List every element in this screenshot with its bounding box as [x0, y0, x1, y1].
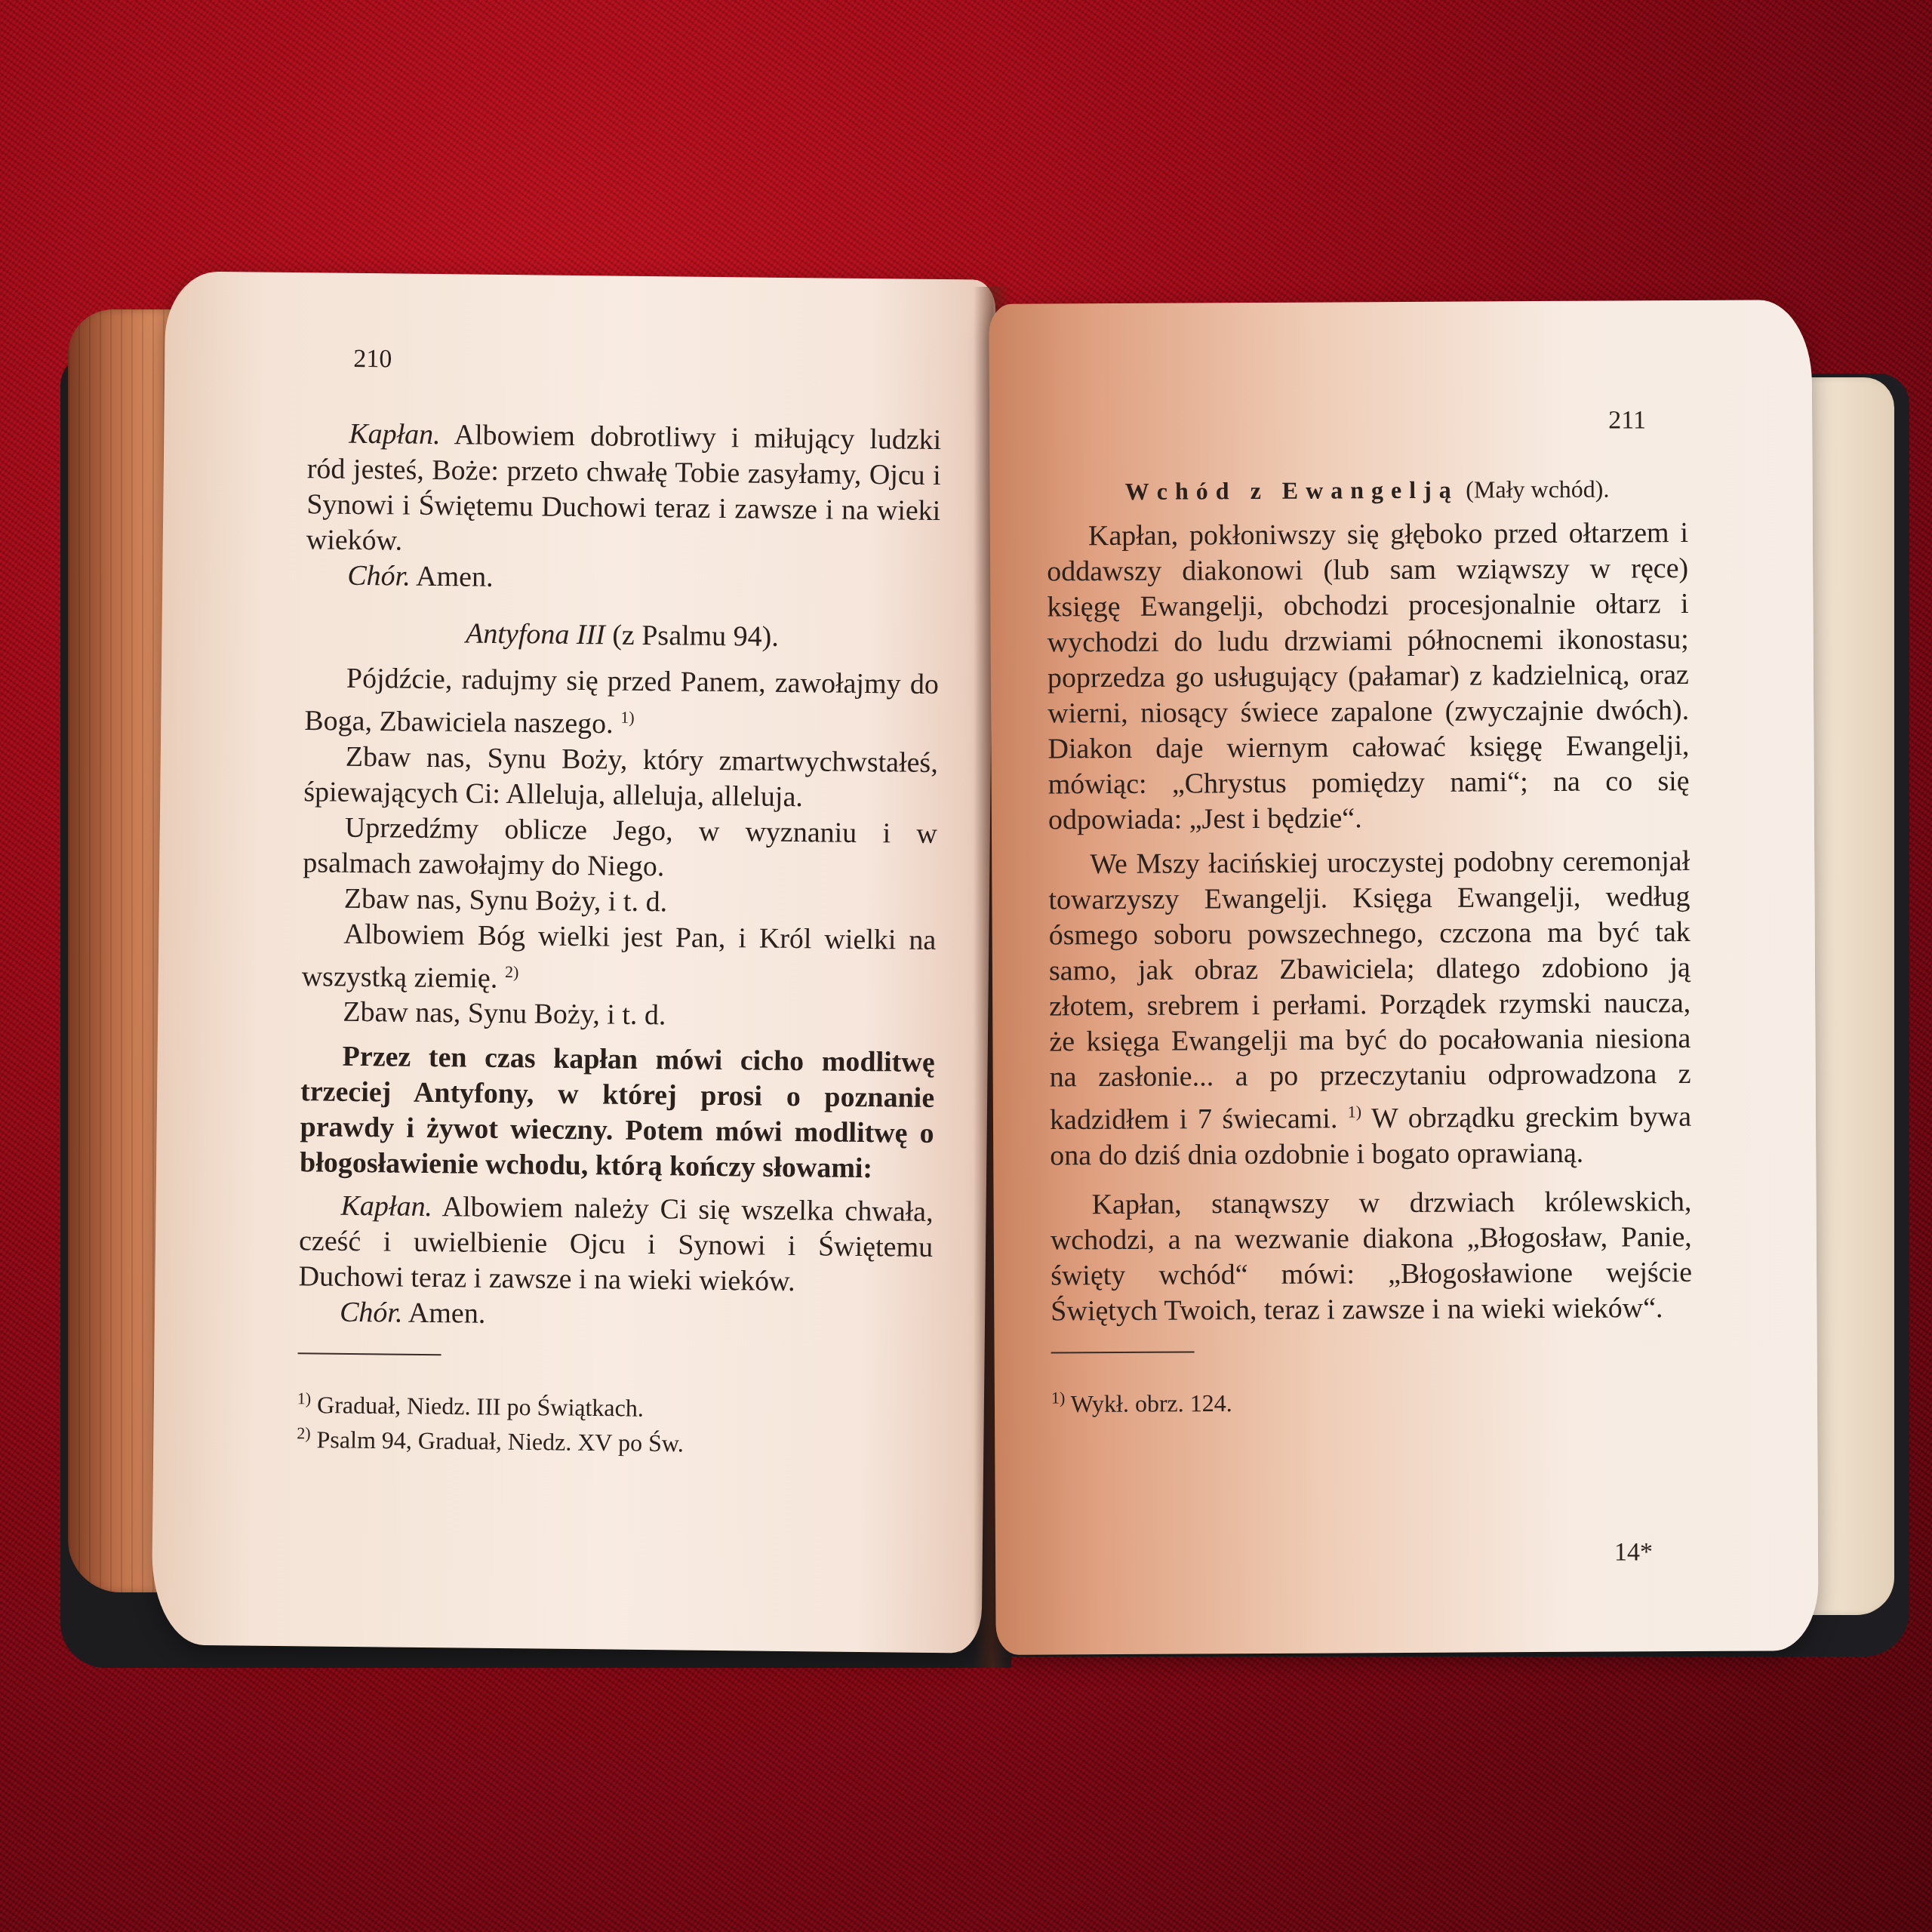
speaker-label: Chór. [340, 1297, 403, 1329]
choir-response-1: Chór. Amen. [306, 558, 940, 600]
speaker-label: Chór. [347, 560, 411, 592]
page-number-left: 210 [353, 345, 392, 374]
printer-signature-mark: 14* [1614, 1538, 1653, 1567]
paragraph: Kapłan, pokłoniwszy się głęboko przed oł… [1047, 515, 1690, 838]
footnote-ref: 1) [1348, 1102, 1361, 1121]
antiphon-title: Antyfona III [466, 617, 605, 651]
right-page: 211 Wchód z Ewangelją (Mały wchód). Kapł… [989, 300, 1818, 1655]
page-number-right: 211 [1608, 406, 1646, 435]
footnote: 2) Psalm 94, Graduał, Niedz. XV po Św. [297, 1419, 931, 1460]
verse: Zbaw nas, Synu Boży, który zmartwychwsta… [303, 739, 938, 817]
paragraph: We Mszy łacińskiej uroczystej podobny ce… [1048, 844, 1691, 1174]
priest-exclamation-1: Kapłan. Albowiem dobrotliwy i miłujący l… [306, 416, 942, 565]
choir-response-2: Chór. Amen. [298, 1295, 932, 1337]
rubric: Przez ten czas kapłan mówi cicho modlitw… [300, 1039, 935, 1188]
verse: Pójdźcie, radujmy się przed Panem, zawoł… [304, 660, 939, 745]
antiphon-subtitle: (z Psalmu 94). [612, 620, 779, 653]
footnote-divider [298, 1353, 441, 1356]
verse: Uprzedźmy oblicze Jego, w wyznaniu i w p… [303, 810, 937, 888]
priest-exclamation-2: Kapłan. Albowiem należy Ci się wszelka c… [298, 1189, 933, 1302]
speaker-label: Kapłan. [340, 1190, 432, 1223]
speaker-label: Kapłan. [349, 418, 441, 451]
verse: Zbaw nas, Synu Boży, i t. d. [301, 995, 935, 1037]
heading-subtitle: (Mały wchód). [1466, 475, 1609, 503]
footnote-ref: 1) [620, 708, 635, 727]
left-page: 210 Kapłan. Albowiem dobrotliwy i miłują… [152, 271, 996, 1653]
paragraph: Kapłan, stanąwszy w drzwiach królewskich… [1050, 1184, 1692, 1329]
heading-title: Wchód z Ewangelją [1125, 476, 1459, 505]
footnote-ref: 2) [505, 962, 519, 981]
right-page-body: Wchód z Ewangelją (Mały wchód). Kapłan, … [1046, 470, 1693, 1418]
footnote-divider [1051, 1351, 1195, 1353]
verse: Zbaw nas, Synu Boży, i t. d. [303, 881, 937, 923]
verse: Albowiem Bóg wielki jest Pan, i Król wie… [302, 916, 937, 1001]
response-text: Amen. [408, 1297, 486, 1330]
section-heading: Wchód z Ewangelją (Mały wchód). [1046, 470, 1687, 509]
left-page-body: Kapłan. Albowiem dobrotliwy i miłujący l… [297, 416, 941, 1460]
response-text: Amen. [416, 561, 494, 593]
footnote: 1) Wykł. obrz. 124. [1051, 1380, 1693, 1418]
